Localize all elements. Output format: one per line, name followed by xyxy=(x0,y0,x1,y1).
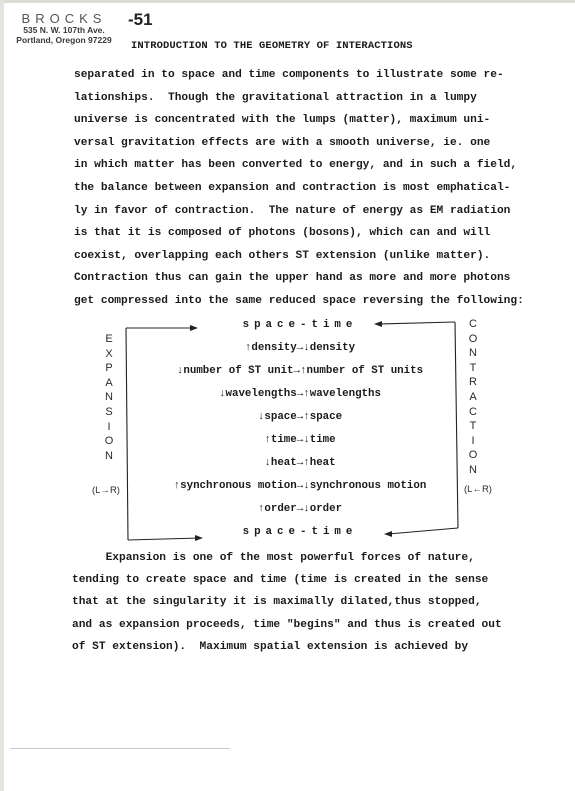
diagram-top-label: space-time xyxy=(150,319,450,331)
contraction-vertical-label: CONTRACTION xyxy=(465,317,481,478)
vertical-letter: C xyxy=(465,405,481,420)
vertical-letter: T xyxy=(465,419,481,434)
text-line: and as expansion proceeds, time "begins"… xyxy=(72,614,502,636)
text-line: get compressed into the same reduced spa… xyxy=(74,290,524,313)
text-line: universe is concentrated with the lumps … xyxy=(74,109,524,132)
paragraph-1: separated in to space and time component… xyxy=(74,64,524,313)
text-line: Contraction thus can gain the upper hand… xyxy=(74,267,524,290)
vertical-letter: O xyxy=(101,434,117,449)
text-line: ly in favor of contraction. The nature o… xyxy=(74,200,524,223)
text-line: separated in to space and time component… xyxy=(74,64,524,87)
text-line: is that it is composed of photons (boson… xyxy=(74,222,524,245)
stamp-name: BROCKS xyxy=(4,12,124,25)
diagram-row: ↓wavelengths→↑wavelengths xyxy=(150,388,450,400)
vertical-letter: A xyxy=(465,390,481,405)
text-line: that at the singularity it is maximally … xyxy=(72,591,502,613)
vertical-letter: N xyxy=(465,346,481,361)
vertical-letter: O xyxy=(465,448,481,463)
scan-artifact-line xyxy=(10,748,230,749)
expansion-direction: (L→R) xyxy=(92,485,120,496)
scan-edge-top xyxy=(0,0,575,3)
diagram-row: ↓space→↑space xyxy=(150,411,450,423)
stamp-address-line-1: 535 N. W. 107th Ave. xyxy=(4,25,124,35)
diagram-row: ↑density→↓density xyxy=(150,342,450,354)
vertical-letter: O xyxy=(465,332,481,347)
vertical-letter: C xyxy=(465,317,481,332)
diagram-row: ↑order→↓order xyxy=(150,503,450,515)
text-line: versal gravitation effects are with a sm… xyxy=(74,132,524,155)
vertical-letter: N xyxy=(101,449,117,464)
vertical-letter: R xyxy=(465,375,481,390)
address-stamp: BROCKS 535 N. W. 107th Ave. Portland, Or… xyxy=(4,12,124,45)
text-line: Expansion is one of the most powerful fo… xyxy=(72,547,502,569)
text-line: coexist, overlapping each others ST exte… xyxy=(74,245,524,268)
text-line: tending to create space and time (time i… xyxy=(72,569,502,591)
vertical-letter: T xyxy=(465,361,481,376)
diagram-row: ↑synchronous motion→↓synchronous motion xyxy=(150,480,450,492)
vertical-letter: X xyxy=(101,347,117,362)
vertical-letter: N xyxy=(101,390,117,405)
vertical-letter: E xyxy=(101,332,117,347)
contraction-direction: (L←R) xyxy=(464,484,492,495)
vertical-letter: N xyxy=(465,463,481,478)
text-line: of ST extension). Maximum spatial extens… xyxy=(72,636,502,658)
diagram-row: ↑time→↓time xyxy=(150,434,450,446)
expansion-vertical-label: EXPANSION xyxy=(101,332,117,463)
stamp-address-line-2: Portland, Oregon 97229 xyxy=(4,35,124,45)
vertical-letter: S xyxy=(101,405,117,420)
text-line: in which matter has been converted to en… xyxy=(74,154,524,177)
scan-edge-left xyxy=(0,0,4,791)
paragraph-2: Expansion is one of the most powerful fo… xyxy=(72,547,502,658)
document-title: INTRODUCTION TO THE GEOMETRY OF INTERACT… xyxy=(131,40,413,52)
page-number: -51 xyxy=(128,10,153,30)
diagram-row: ↓number of ST unit→↑number of ST units xyxy=(150,365,450,377)
vertical-letter: P xyxy=(101,361,117,376)
text-line: the balance between expansion and contra… xyxy=(74,177,524,200)
vertical-letter: I xyxy=(101,420,117,435)
text-line: lationships. Though the gravitational at… xyxy=(74,87,524,110)
diagram-row: ↓heat→↑heat xyxy=(150,457,450,469)
vertical-letter: I xyxy=(465,434,481,449)
vertical-letter: A xyxy=(101,376,117,391)
diagram-bottom-label: space-time xyxy=(150,526,450,538)
